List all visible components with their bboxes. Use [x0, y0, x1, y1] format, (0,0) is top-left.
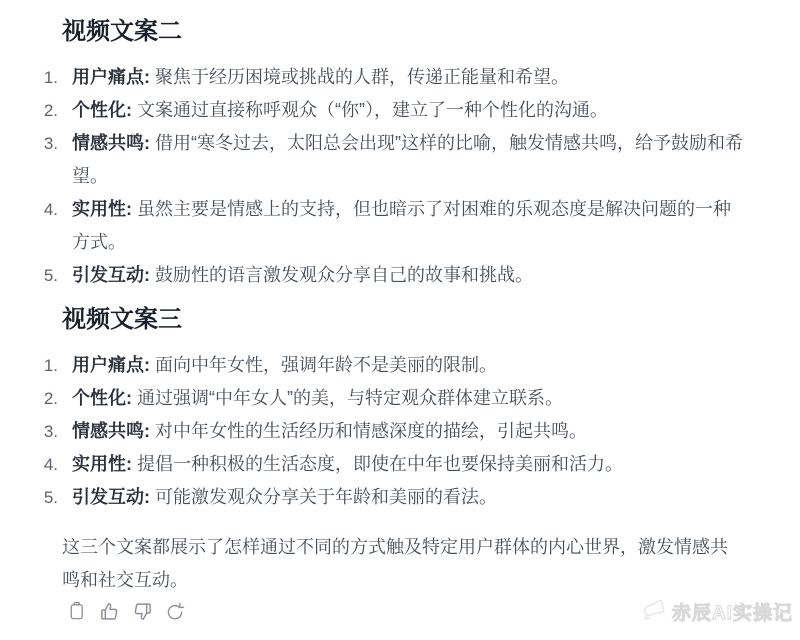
- thumbs-down-button[interactable]: [132, 602, 152, 624]
- item-text: 鼓励性的语言激发观众分享自己的故事和挑战。: [155, 265, 533, 285]
- item-colon: :: [126, 199, 137, 219]
- item-text: 面向中年女性，强调年龄不是美丽的限制。: [155, 355, 497, 375]
- item-text: 对中年女性的生活经历和情感深度的描绘，引起共鸣。: [155, 421, 587, 441]
- megaphone-icon: [641, 597, 667, 626]
- thumbs-up-icon: [99, 601, 120, 625]
- item-text: 文案通过直接称呼观众（“你”），建立了一种个性化的沟通。: [137, 100, 608, 120]
- message-content: 视频文案二 1.用户痛点: 聚焦于经历困境或挑战的人群，传递正能量和希望。 2.…: [0, 0, 800, 625]
- item-colon: :: [144, 421, 155, 441]
- item-label: 实用性: [72, 454, 126, 474]
- list-item: 4.实用性: 提倡一种积极的生活态度，即使在中年也要保持美丽和活力。: [62, 448, 744, 481]
- item-text: 聚焦于经历困境或挑战的人群，传递正能量和希望。: [155, 67, 569, 87]
- list-number: 2.: [32, 94, 58, 127]
- item-label: 引发互动: [72, 265, 144, 285]
- item-text: 借用“寒冬过去，太阳总会出现”这样的比喻，触发情感共鸣，给予鼓励和希望。: [72, 133, 743, 186]
- item-colon: :: [144, 265, 155, 285]
- item-colon: :: [144, 67, 155, 87]
- item-label: 情感共鸣: [72, 421, 144, 441]
- item-text: 提倡一种积极的生活态度，即使在中年也要保持美丽和活力。: [137, 454, 623, 474]
- item-colon: :: [126, 388, 137, 408]
- item-colon: :: [144, 487, 155, 507]
- list-item: 3.情感共鸣: 对中年女性的生活经历和情感深度的描绘，引起共鸣。: [62, 415, 744, 448]
- item-colon: :: [126, 100, 137, 120]
- list-number: 3.: [32, 127, 58, 160]
- list-item: 5.引发互动: 可能激发观众分享关于年龄和美丽的看法。: [62, 481, 744, 514]
- list-item: 1.用户痛点: 面向中年女性，强调年龄不是美丽的限制。: [62, 349, 744, 382]
- copy-icon: [67, 601, 86, 625]
- item-text: 虽然主要是情感上的支持，但也暗示了对困难的乐观态度是解决问题的一种方式。: [72, 199, 731, 252]
- watermark: 赤辰AI实操记: [641, 597, 793, 626]
- item-text: 通过强调“中年女人”的美，与特定观众群体建立联系。: [137, 388, 563, 408]
- list-number: 4.: [32, 448, 58, 481]
- list-item: 2.个性化: 通过强调“中年女人”的美，与特定观众群体建立联系。: [62, 382, 744, 415]
- item-label: 引发互动: [72, 487, 144, 507]
- watermark-text: 赤辰AI实操记: [672, 598, 793, 625]
- list-number: 1.: [32, 349, 58, 382]
- item-label: 用户痛点: [72, 67, 144, 87]
- list-item: 3.情感共鸣: 借用“寒冬过去，太阳总会出现”这样的比喻，触发情感共鸣，给予鼓励…: [62, 127, 744, 193]
- list-number: 3.: [32, 415, 58, 448]
- list-item: 4.实用性: 虽然主要是情感上的支持，但也暗示了对困难的乐观态度是解决问题的一种…: [62, 193, 744, 259]
- section-heading-copy-2: 视频文案二: [62, 16, 744, 48]
- item-label: 情感共鸣: [72, 133, 144, 153]
- list-item: 2.个性化: 文案通过直接称呼观众（“你”），建立了一种个性化的沟通。: [62, 94, 744, 127]
- section-heading-copy-3: 视频文案三: [62, 304, 744, 336]
- list-number: 5.: [32, 259, 58, 292]
- list-number: 2.: [32, 382, 58, 415]
- list-item: 1.用户痛点: 聚焦于经历困境或挑战的人群，传递正能量和希望。: [62, 61, 744, 94]
- list-item: 5.引发互动: 鼓励性的语言激发观众分享自己的故事和挑战。: [62, 259, 744, 292]
- list-number: 1.: [32, 61, 58, 94]
- item-text: 可能激发观众分享关于年龄和美丽的看法。: [155, 487, 497, 507]
- list-number: 5.: [32, 481, 58, 514]
- regenerate-button[interactable]: [165, 602, 185, 624]
- item-label: 个性化: [72, 100, 126, 120]
- item-colon: :: [126, 454, 137, 474]
- analysis-list-copy-2: 1.用户痛点: 聚焦于经历困境或挑战的人群，传递正能量和希望。 2.个性化: 文…: [62, 61, 744, 292]
- thumbs-down-icon: [132, 601, 153, 625]
- list-number: 4.: [32, 193, 58, 226]
- item-colon: :: [144, 133, 155, 153]
- regenerate-icon: [165, 602, 185, 625]
- item-label: 用户痛点: [72, 355, 144, 375]
- thumbs-up-button[interactable]: [99, 602, 119, 624]
- item-colon: :: [144, 355, 155, 375]
- analysis-list-copy-3: 1.用户痛点: 面向中年女性，强调年龄不是美丽的限制。 2.个性化: 通过强调“…: [62, 349, 744, 514]
- item-label: 实用性: [72, 199, 126, 219]
- assistant-message-page: 视频文案二 1.用户痛点: 聚焦于经历困境或挑战的人群，传递正能量和希望。 2.…: [0, 0, 800, 640]
- item-label: 个性化: [72, 388, 126, 408]
- closing-paragraph: 这三个文案都展示了怎样通过不同的方式触及特定用户群体的内心世界，激发情感共鸣和社…: [62, 531, 744, 597]
- copy-button[interactable]: [66, 602, 86, 624]
